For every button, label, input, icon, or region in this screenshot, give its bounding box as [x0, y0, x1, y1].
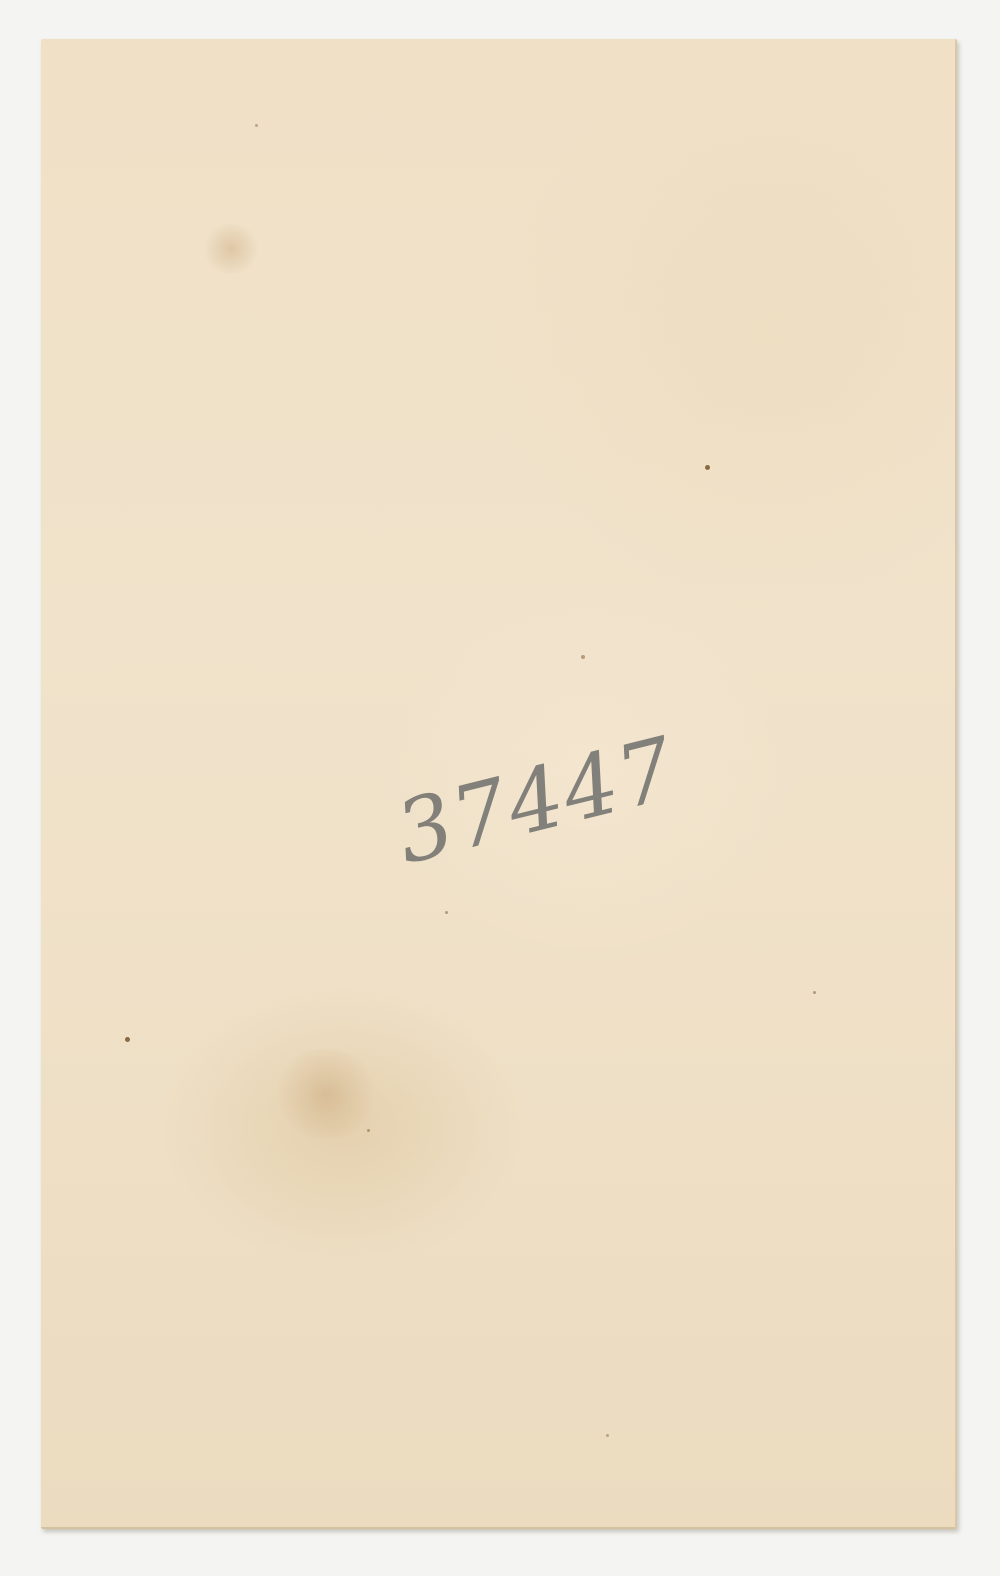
- spot: [255, 124, 258, 127]
- spot: [705, 465, 710, 470]
- spot: [606, 1434, 609, 1437]
- handwritten-number: 37447: [387, 718, 686, 884]
- stain: [271, 1049, 381, 1139]
- spot: [813, 991, 816, 994]
- spot: [367, 1129, 370, 1132]
- spot: [125, 1037, 130, 1042]
- stain: [201, 224, 261, 274]
- spot: [581, 655, 585, 659]
- spot: [445, 911, 448, 914]
- card-back: 37447: [41, 39, 957, 1529]
